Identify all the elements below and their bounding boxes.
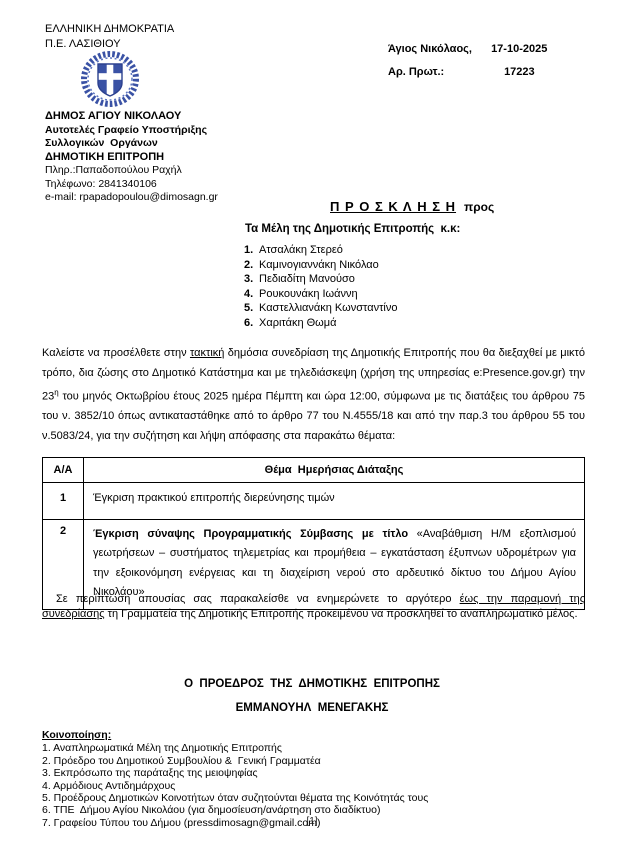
closing-text: τη Γραμματεία της Δημοτικής Επιτροπής πρ… <box>105 608 578 620</box>
body-text: του μηνός Οκτωβρίου έτους 2025 ημέρα Πέμ… <box>42 391 585 442</box>
list-item: 6.Χαριτάκη Θωμά <box>244 316 397 331</box>
president-name: ΕΜΜΑΝΟΥΗΛ ΜΕΝΕΓΑΚΗΣ <box>0 702 624 714</box>
protocol-label: Αρ. Πρωτ.: <box>388 61 488 84</box>
member-number: 1. <box>244 243 259 258</box>
body-text: Καλείστε να προσέλθετε στην <box>42 347 190 359</box>
list-item: 3. Εκπρόσωπο της παράταξης της μειοψηφία… <box>42 767 428 779</box>
list-item: 5. Προέδρους Δημοτικών Κοινοτήτων όταν σ… <box>42 792 428 804</box>
header-date-protocol-block: Άγιος Νικόλαος, 17-10-2025 Αρ. Πρωτ.: 17… <box>388 38 547 84</box>
column-header-topic: Θέμα Ημερήσιας Διάταξης <box>84 458 585 483</box>
body-text-underlined: τακτική <box>190 347 224 359</box>
page-number: [1] <box>0 816 624 827</box>
list-item: 4. Αρμόδιους Αντιδημάρχους <box>42 780 428 792</box>
members-list: 1.Ατσαλάκη Στερεό 2.Καμινογιαννάκη Νικόλ… <box>244 243 397 331</box>
member-name: Πεδιαδίτη Μανούσο <box>259 272 355 287</box>
member-number: 4. <box>244 287 259 302</box>
document-page: ΕΛΛΗΝΙΚΗ ΔΗΜΟΚΡΑΤΙΑ Π.Ε. ΛΑΣΙΘΙΟΥ Άγιος … <box>0 0 624 842</box>
office-line2: Συλλογικών Οργάνων <box>45 137 218 151</box>
agenda-item-number: 1 <box>43 483 84 520</box>
office-line1: Αυτοτελές Γραφείο Υποστήριξης <box>45 124 218 138</box>
notification-heading: Κοινοποίηση: <box>42 729 428 741</box>
republic-line: ΕΛΛΗΝΙΚΗ ΔΗΜΟΚΡΑΤΙΑ <box>45 22 174 37</box>
agenda-item-topic: Έγκριση πρακτικού επιτροπής διερεύνησης … <box>84 483 585 520</box>
header-sender-block: ΔΗΜΟΣ ΑΓΙΟΥ ΝΙΚΟΛΑΟΥ Αυτοτελές Γραφείο Υ… <box>45 110 218 205</box>
list-item: 3.Πεδιαδίτη Μανούσο <box>244 272 397 287</box>
member-number: 6. <box>244 316 259 331</box>
body-paragraph: Καλείστε να προσέλθετε στην τακτική δημό… <box>42 344 585 447</box>
list-item: 5.Καστελλιανάκη Κωνσταντίνο <box>244 301 397 316</box>
member-name: Χαριτάκη Θωμά <box>259 316 336 331</box>
table-row: 1 Έγκριση πρακτικού επιτροπής διερεύνηση… <box>43 483 585 520</box>
president-title: Ο ΠΡΟΕΔΡΟΣ ΤΗΣ ΔΗΜΟΤΙΚΗΣ ΕΠΙΤΡΟΠΗΣ <box>0 678 624 690</box>
document-date: 17-10-2025 <box>491 43 547 55</box>
column-header-aa: Α/Α <box>43 458 84 483</box>
member-number: 2. <box>244 258 259 273</box>
agenda-topic-bold: Έγκριση σύναψης Προγραμματικής Σύμβασης … <box>93 528 417 540</box>
list-item: 2.Καμινογιαννάκη Νικόλαο <box>244 258 397 273</box>
invitation-title-suffix: προς <box>464 200 494 214</box>
list-item: 1.Ατσαλάκη Στερεό <box>244 243 397 258</box>
greek-coat-of-arms-icon <box>79 50 141 113</box>
member-name: Ρουκουνάκη Ιωάννη <box>259 287 358 302</box>
contact-email: e-mail: rpapadopoulou@dimosagn.gr <box>45 191 218 205</box>
notification-block: Κοινοποίηση: 1. Αναπληρωματικά Μέλη της … <box>42 729 428 829</box>
member-name: Καστελλιανάκη Κωνσταντίνο <box>259 301 397 316</box>
recipients-heading: Τα Μέλη της Δημοτικής Επιτροπής κ.κ: <box>245 223 460 235</box>
committee-name: ΔΗΜΟΤΙΚΗ ΕΠΙΤΡΟΠΗ <box>45 151 218 165</box>
list-item: 1. Αναπληρωματικά Μέλη της Δημοτικής Επι… <box>42 742 428 754</box>
closing-text: Σε περίπτωση απουσίας σας παρακαλείσθε ν… <box>56 593 460 605</box>
invitation-title-line: Π Ρ Ο Σ Κ Λ Η Σ Ηπρος <box>330 198 494 216</box>
list-item: 4.Ρουκουνάκη Ιωάννη <box>244 287 397 302</box>
header-republic-block: ΕΛΛΗΝΙΚΗ ΔΗΜΟΚΡΑΤΙΑ Π.Ε. ΛΑΣΙΘΙΟΥ <box>45 22 174 52</box>
table-header-row: Α/Α Θέμα Ημερήσιας Διάταξης <box>43 458 585 483</box>
municipality-name: ΔΗΜΟΣ ΑΓΙΟΥ ΝΙΚΟΛΑΟΥ <box>45 110 218 124</box>
list-item: 2. Πρόεδρο του Δημοτικού Συμβουλίου & Γε… <box>42 755 428 767</box>
closing-paragraph: Σε περίπτωση απουσίας σας παρακαλείσθε ν… <box>42 592 585 622</box>
list-item: 6. ΤΠΕ Δήμου Αγίου Νικολάου (για δημοσίε… <box>42 804 428 816</box>
member-name: Ατσαλάκη Στερεό <box>259 243 343 258</box>
contact-person: Πληρ.:Παπαδοπούλου Ραχήλ <box>45 164 218 178</box>
place-date-row: Άγιος Νικόλαος, 17-10-2025 <box>388 38 547 61</box>
member-number: 5. <box>244 301 259 316</box>
invitation-title: Π Ρ Ο Σ Κ Λ Η Σ Η <box>330 199 456 214</box>
member-name: Καμινογιαννάκη Νικόλαο <box>259 258 379 273</box>
place-label: Άγιος Νικόλαος, <box>388 38 488 61</box>
agenda-table: Α/Α Θέμα Ημερήσιας Διάταξης 1 Έγκριση πρ… <box>42 457 585 610</box>
member-number: 3. <box>244 272 259 287</box>
contact-phone: Τηλέφωνο: 2841340106 <box>45 178 218 192</box>
protocol-number: 17223 <box>491 66 535 78</box>
protocol-row: Αρ. Πρωτ.: 17223 <box>388 61 547 84</box>
